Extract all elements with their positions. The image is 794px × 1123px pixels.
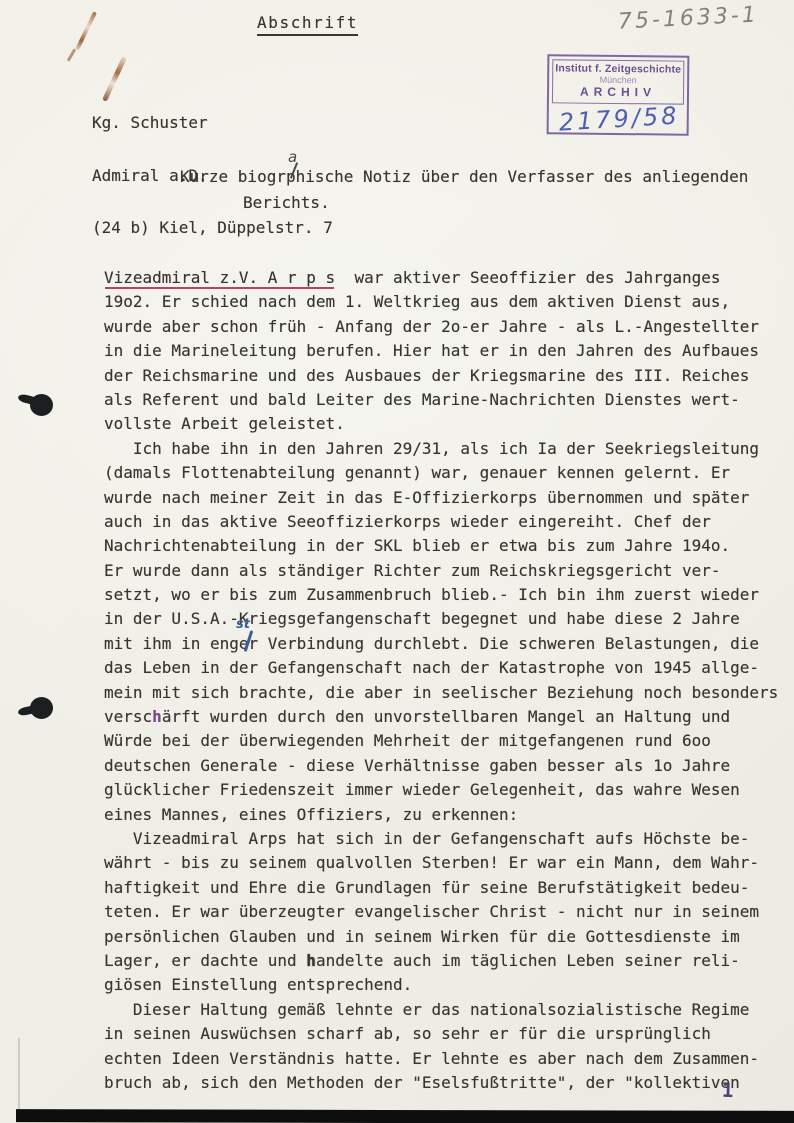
typed-text-line: Ich habe ihn in den Jahren 29/31, als ic… <box>104 437 794 461</box>
hole-punch-mark <box>30 394 53 416</box>
heading-line-2: Berichts. <box>243 193 330 212</box>
heading-line-1: Kurze biogrphische Notiz über den Verfas… <box>180 167 748 186</box>
typed-text-line: Würde bei der überwiegenden Mehrheit der… <box>104 729 794 753</box>
typed-text-line: das Leben in der Gefangenschaft nach der… <box>104 656 794 680</box>
typed-text-line: giösen Einstellung entsprechend. <box>104 973 794 997</box>
stamp-archiv-label: ARCHIV <box>553 84 683 99</box>
typed-text-line: Dieser Haltung gemäß lehnte er das natio… <box>104 998 794 1022</box>
rust-stain <box>75 11 97 51</box>
typed-text-line: haftigkeit und Ehre die Grundlagen für s… <box>104 876 794 900</box>
sender-street: (24 b) Kiel, Düppelstr. 7 <box>92 219 333 237</box>
typed-text-line: Vizeadmiral Arps hat sich in der Gefange… <box>104 827 794 851</box>
typed-text-line: glücklicher Friedenszeit immer wieder Ge… <box>104 778 794 802</box>
typed-text-line: deutschen Generale - diese Verhältnisse … <box>104 754 794 778</box>
typed-text-line: echten Ideen Verständnis hatte. Er lehnt… <box>104 1047 794 1071</box>
typed-text-line: mit ihm in enger Verbindung durchlebt. D… <box>104 632 794 656</box>
typed-text-line: Er wurde dann als ständiger Richter zum … <box>104 559 794 583</box>
typed-text-line: auch in das aktive Seeoffizierkorps wied… <box>104 510 794 534</box>
scan-edge-bar <box>16 1109 794 1123</box>
typed-text-line: in die Marineleitung berufen. Hier hat e… <box>104 339 794 363</box>
stamp-accession-number: 2179/58 <box>558 101 680 136</box>
rust-stain <box>67 48 77 62</box>
typed-text-line: eines Mannes, eines Offiziers, zu erkenn… <box>104 803 794 827</box>
scanned-document-page: 75-1633-1 Abschrift Kg. Schuster Admiral… <box>0 0 794 1123</box>
typed-text-line: in der U.S.A.-Kriegsgefangenschaft begeg… <box>104 607 794 631</box>
page-number: 1 <box>722 1080 734 1102</box>
typed-text-line: der Reichsmarine und des Ausbaues der Kr… <box>104 364 794 388</box>
document-title: Abschrift <box>257 13 358 36</box>
typed-text-line: Nachrichtenabteilung in der SKL blieb er… <box>104 534 794 558</box>
sender-name: Kg. Schuster <box>92 114 333 132</box>
typed-text-line: wurde aber schon früh - Anfang der 2o-er… <box>104 315 794 339</box>
hole-punch-mark <box>30 697 53 719</box>
typed-text-line: wurde nach meiner Zeit in das E-Offizier… <box>104 486 794 510</box>
typed-text-line: verschärft wurden durch den unvorstellba… <box>104 705 794 729</box>
typed-text-line: persönlichen Glauben und in seinem Wirke… <box>104 925 794 949</box>
archival-reference-pencil: 75-1633-1 <box>617 2 759 34</box>
typed-text-line: bruch ab, sich den Methoden der "Eselsfu… <box>104 1071 794 1095</box>
stamp-institution: Institut f. Zeitgeschichte <box>553 62 683 75</box>
body-text: Vizeadmiral z.V. A r p s war aktiver See… <box>104 266 794 1095</box>
archive-stamp-inner-box: Institut f. Zeitgeschichte München ARCHI… <box>552 59 684 104</box>
typed-text-line: Vizeadmiral z.V. A r p s war aktiver See… <box>104 266 794 290</box>
typed-text-line: (damals Flottenabteilung genannt) war, g… <box>104 461 794 485</box>
typed-text-line: 19o2. Er schied nach dem 1. Weltkrieg au… <box>104 290 794 314</box>
paper-crease <box>18 1038 20 1110</box>
typed-text-line: als Referent und bald Leiter des Marine-… <box>104 388 794 412</box>
typed-text-line: in seinen Auswüchsen scharf ab, so sehr … <box>104 1022 794 1046</box>
typed-text-line: vollste Arbeit geleistet. <box>104 412 794 436</box>
typed-text-line: setzt, wo er bis zum Zusammenbruch blieb… <box>104 583 794 607</box>
handwritten-insertion-st: st <box>236 617 250 632</box>
typed-text-line: mein mit sich brachte, die aber in seeli… <box>104 681 794 705</box>
typed-text-line: teten. Er war überzeugter evangelischer … <box>104 900 794 924</box>
typed-text-line: Lager, er dachte und handelte auch im tä… <box>104 949 794 973</box>
archive-stamp: Institut f. Zeitgeschichte München ARCHI… <box>547 54 690 135</box>
typed-text-line: währt - bis zu seinem qualvollen Sterben… <box>104 851 794 875</box>
